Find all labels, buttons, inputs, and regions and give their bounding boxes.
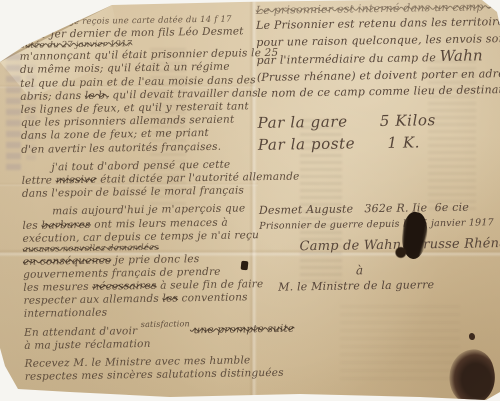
handwritten-line: lettre missive était dictée par l'autori… [22,171,260,188]
left-column: je reçois une carte datée du 14 f 17le 1… [19,15,263,384]
handwritten-line: mais aujourd'hui je m'aperçois que [22,203,260,220]
handwritten-text: Prisonnier de guerre depuis le 25 janvie… [259,217,494,232]
handwritten-line: exécution, car depuis ce temps je n'ai r… [23,229,261,246]
handwritten-text: M. le Ministre de la guerre [278,278,434,293]
handwritten-text: dans la zone de feux; et me priant [21,127,209,142]
handwritten-line: tel que du pain et de l'eau moisie dans … [20,74,258,91]
bleed-through-text [150,45,186,205]
handwritten-line: datée du 27 janvier 1917 [20,38,258,51]
handwritten-line: les barbares ont mis leurs menaces à [22,216,260,233]
handwritten-text: le nom de ce camp comme lieu de destinat… [257,83,500,100]
handwritten-text: Par la gare 5 Kilos [257,111,436,132]
handwritten-text: respecter aux allemands [23,293,162,307]
handwritten-text: j'ai tout d'abord pensé que cette [51,158,230,173]
handwritten-line: gouvernements français de prendre [23,265,261,282]
handwritten-text: m'annonçant qu'il était prisonnier depui… [20,47,279,63]
struck-text: barbares [41,218,90,231]
ink-blot [399,211,430,261]
handwritten-line: à ma juste réclamation [24,336,262,353]
vertical-fold-crease [249,0,257,401]
handwritten-text: exécution, car depuis ce temps je n'ai r… [23,229,260,245]
struck-text: datée du 27 janvier 1917 [19,39,132,51]
handwritten-line: m'annonçant qu'il était prisonnier depui… [20,47,258,64]
handwritten-text: les [22,219,41,231]
handwritten-line: (Prusse rhénane) et doivent porter en ad… [257,66,500,86]
handwritten-line: respecter aux allemands les conventions [23,291,261,308]
handwritten-line: En attendant d'avoir satisfaction une pr… [24,323,262,340]
bleed-through-stamp [26,60,36,160]
handwritten-line: Prisonnier de guerre depuis le 25 janvie… [259,216,500,233]
handwritten-line: j'ai tout d'abord pensé que cette [21,158,259,175]
bleed-through-text [428,60,476,210]
struck-text: aucunes nouvelles demandées [23,243,159,255]
handwritten-text: par l'intermédiaire du camp de [257,51,440,67]
handwritten-line: pour une raison quelconque, les envois s… [256,31,500,51]
handwritten-text: Par la poste 1 K. [258,133,420,154]
handwritten-text: du même mois; qu'il était à un régime [20,61,230,76]
bleed-through-text [300,118,342,283]
handwritten-line: dans la zone de feux; et me priant [21,127,259,144]
handwritten-line: respectes mes sincères salutations disti… [25,367,263,384]
handwritten-line: à [260,260,500,280]
handwritten-line: le 11 Jer dernier de mon fils Léo Desmet [19,25,257,42]
handwritten-line: Par la gare 5 Kilos [257,108,500,134]
fold-crease-line [0,2,114,64]
handwritten-text: était dictée par l'autorité allemande [97,171,300,186]
handwritten-line: d'en avertir les autorités françaises. [21,140,259,157]
handwritten-line: Le Prisonnier est retenu dans les territ… [256,14,500,34]
handwritten-line: Le prisonnier est interné dans un camp —… [256,0,500,18]
handwritten-text: lettre [22,174,56,187]
handwritten-text: les mesures [23,281,92,294]
corner-stain [444,346,500,401]
handwritten-text: abris; dans [20,90,85,103]
handwritten-text: Recevez M. le Ministre avec mes humble [24,354,250,370]
handwritten-text: respectes mes sincères salutations disti… [25,367,284,383]
handwritten-line: Recevez M. le Ministre avec mes humble [24,354,262,371]
handwritten-text: qu'il devait travailler dans [109,87,258,101]
handwritten-line: en conséquence je prie donc les [23,252,261,269]
handwritten-line: internationales [24,304,262,321]
handwritten-text: Desmet Auguste 362e R. Iie 6e cie [259,201,469,217]
handwritten-text: Camp de Wahn Prusse Rhénane [299,235,500,254]
struck-text: missive [56,174,97,187]
handwritten-text: ont mis leurs menaces à [91,216,228,230]
ink-mark [241,261,249,271]
handwritten-line: les mesures nécessaires à seule fin de f… [23,278,261,295]
struck-text: en conséquence [23,254,111,267]
horizontal-fold-crease [0,249,500,257]
handwritten-line: le nom de ce camp comme lieu de destinat… [257,82,500,102]
bleed-through-text [340,300,460,380]
handwritten-line: dans l'espoir de baissé le moral françai… [22,184,260,201]
handwritten-line: Desmet Auguste 362e R. Iie 6e cie [259,199,500,219]
handwritten-text: internationales [24,307,108,320]
struck-text: les [162,293,178,305]
ink-speck [469,333,475,340]
handwritten-text: à ma juste réclamation [24,338,151,352]
handwritten-text: tel que du pain et de l'eau moisie dans … [20,74,256,90]
struck-text: une prompte suite [190,322,295,336]
handwritten-text: (Prusse rhénane) et doivent porter en ad… [257,67,500,84]
handwritten-line: par l'intermédiaire du camp de Wahn [256,47,500,69]
handwritten-line: M. le Ministre de la guerre [260,276,500,295]
handwritten-line: les lignes de feux, et qu'il y resterait… [20,100,258,117]
handwritten-line: je reçois une carte datée du 14 f 17 [19,15,257,28]
bleed-through-stamp [6,52,21,170]
struck-text: Le prisonnier est interné dans un camp —… [256,0,500,17]
handwritten-line: Par la poste 1 K. [258,130,500,156]
minor-crease [0,182,258,187]
handwritten-text: gouvernements français de prendre [23,266,221,281]
handwritten-text: je reçois une carte datée du 14 f 17 [71,15,232,28]
handwritten-text: à seule fin de faire [157,278,264,292]
paper-sheet: je reçois une carte datée du 14 f 17le 1… [0,0,500,401]
handwritten-text: d'en avertir les autorités françaises. [21,140,221,155]
handwritten-text: mais aujourd'hui je m'aperçois que [52,203,245,218]
handwritten-line: Camp de Wahn Prusse Rhénane [259,234,500,258]
handwritten-text: conventions [178,291,248,304]
handwritten-text: le 11 Jer dernier de mon fils Léo Desmet [19,25,243,41]
handwritten-line: aucunes nouvelles demandées [23,242,261,255]
handwritten-text: satisfaction [141,319,190,329]
right-column: Le prisonnier est interné dans un camp —… [256,0,500,295]
handwritten-text: En attendant d'avoir [24,325,141,339]
handwritten-text: pour une raison quelconque, les envois s… [256,31,500,49]
handwritten-line: abris; dans le b. qu'il devait travaille… [20,87,258,104]
handwritten-text: Le Prisonnier est retenu dans les territ… [256,14,500,32]
handwritten-text: les lignes de feux, et qu'il y resterait… [20,100,249,116]
struck-text: nécessaires [92,280,156,293]
handwritten-text: je prie donc les [111,253,199,266]
handwritten-text: à [356,263,364,277]
letter-photo: je reçois une carte datée du 14 f 17le 1… [0,0,500,401]
minor-crease [0,84,255,89]
handwritten-line: que les prisonniers allemands seraient [21,113,259,130]
struck-text: le b. [85,89,109,101]
handwritten-line: du même mois; qu'il était à un régime [20,61,258,78]
handwritten-text: dans l'espoir de baissé le moral françai… [22,185,244,200]
corner-fold [0,0,140,110]
handwritten-text: Wahn [440,47,483,66]
handwritten-text: que les prisonniers allemands seraient [21,114,235,129]
